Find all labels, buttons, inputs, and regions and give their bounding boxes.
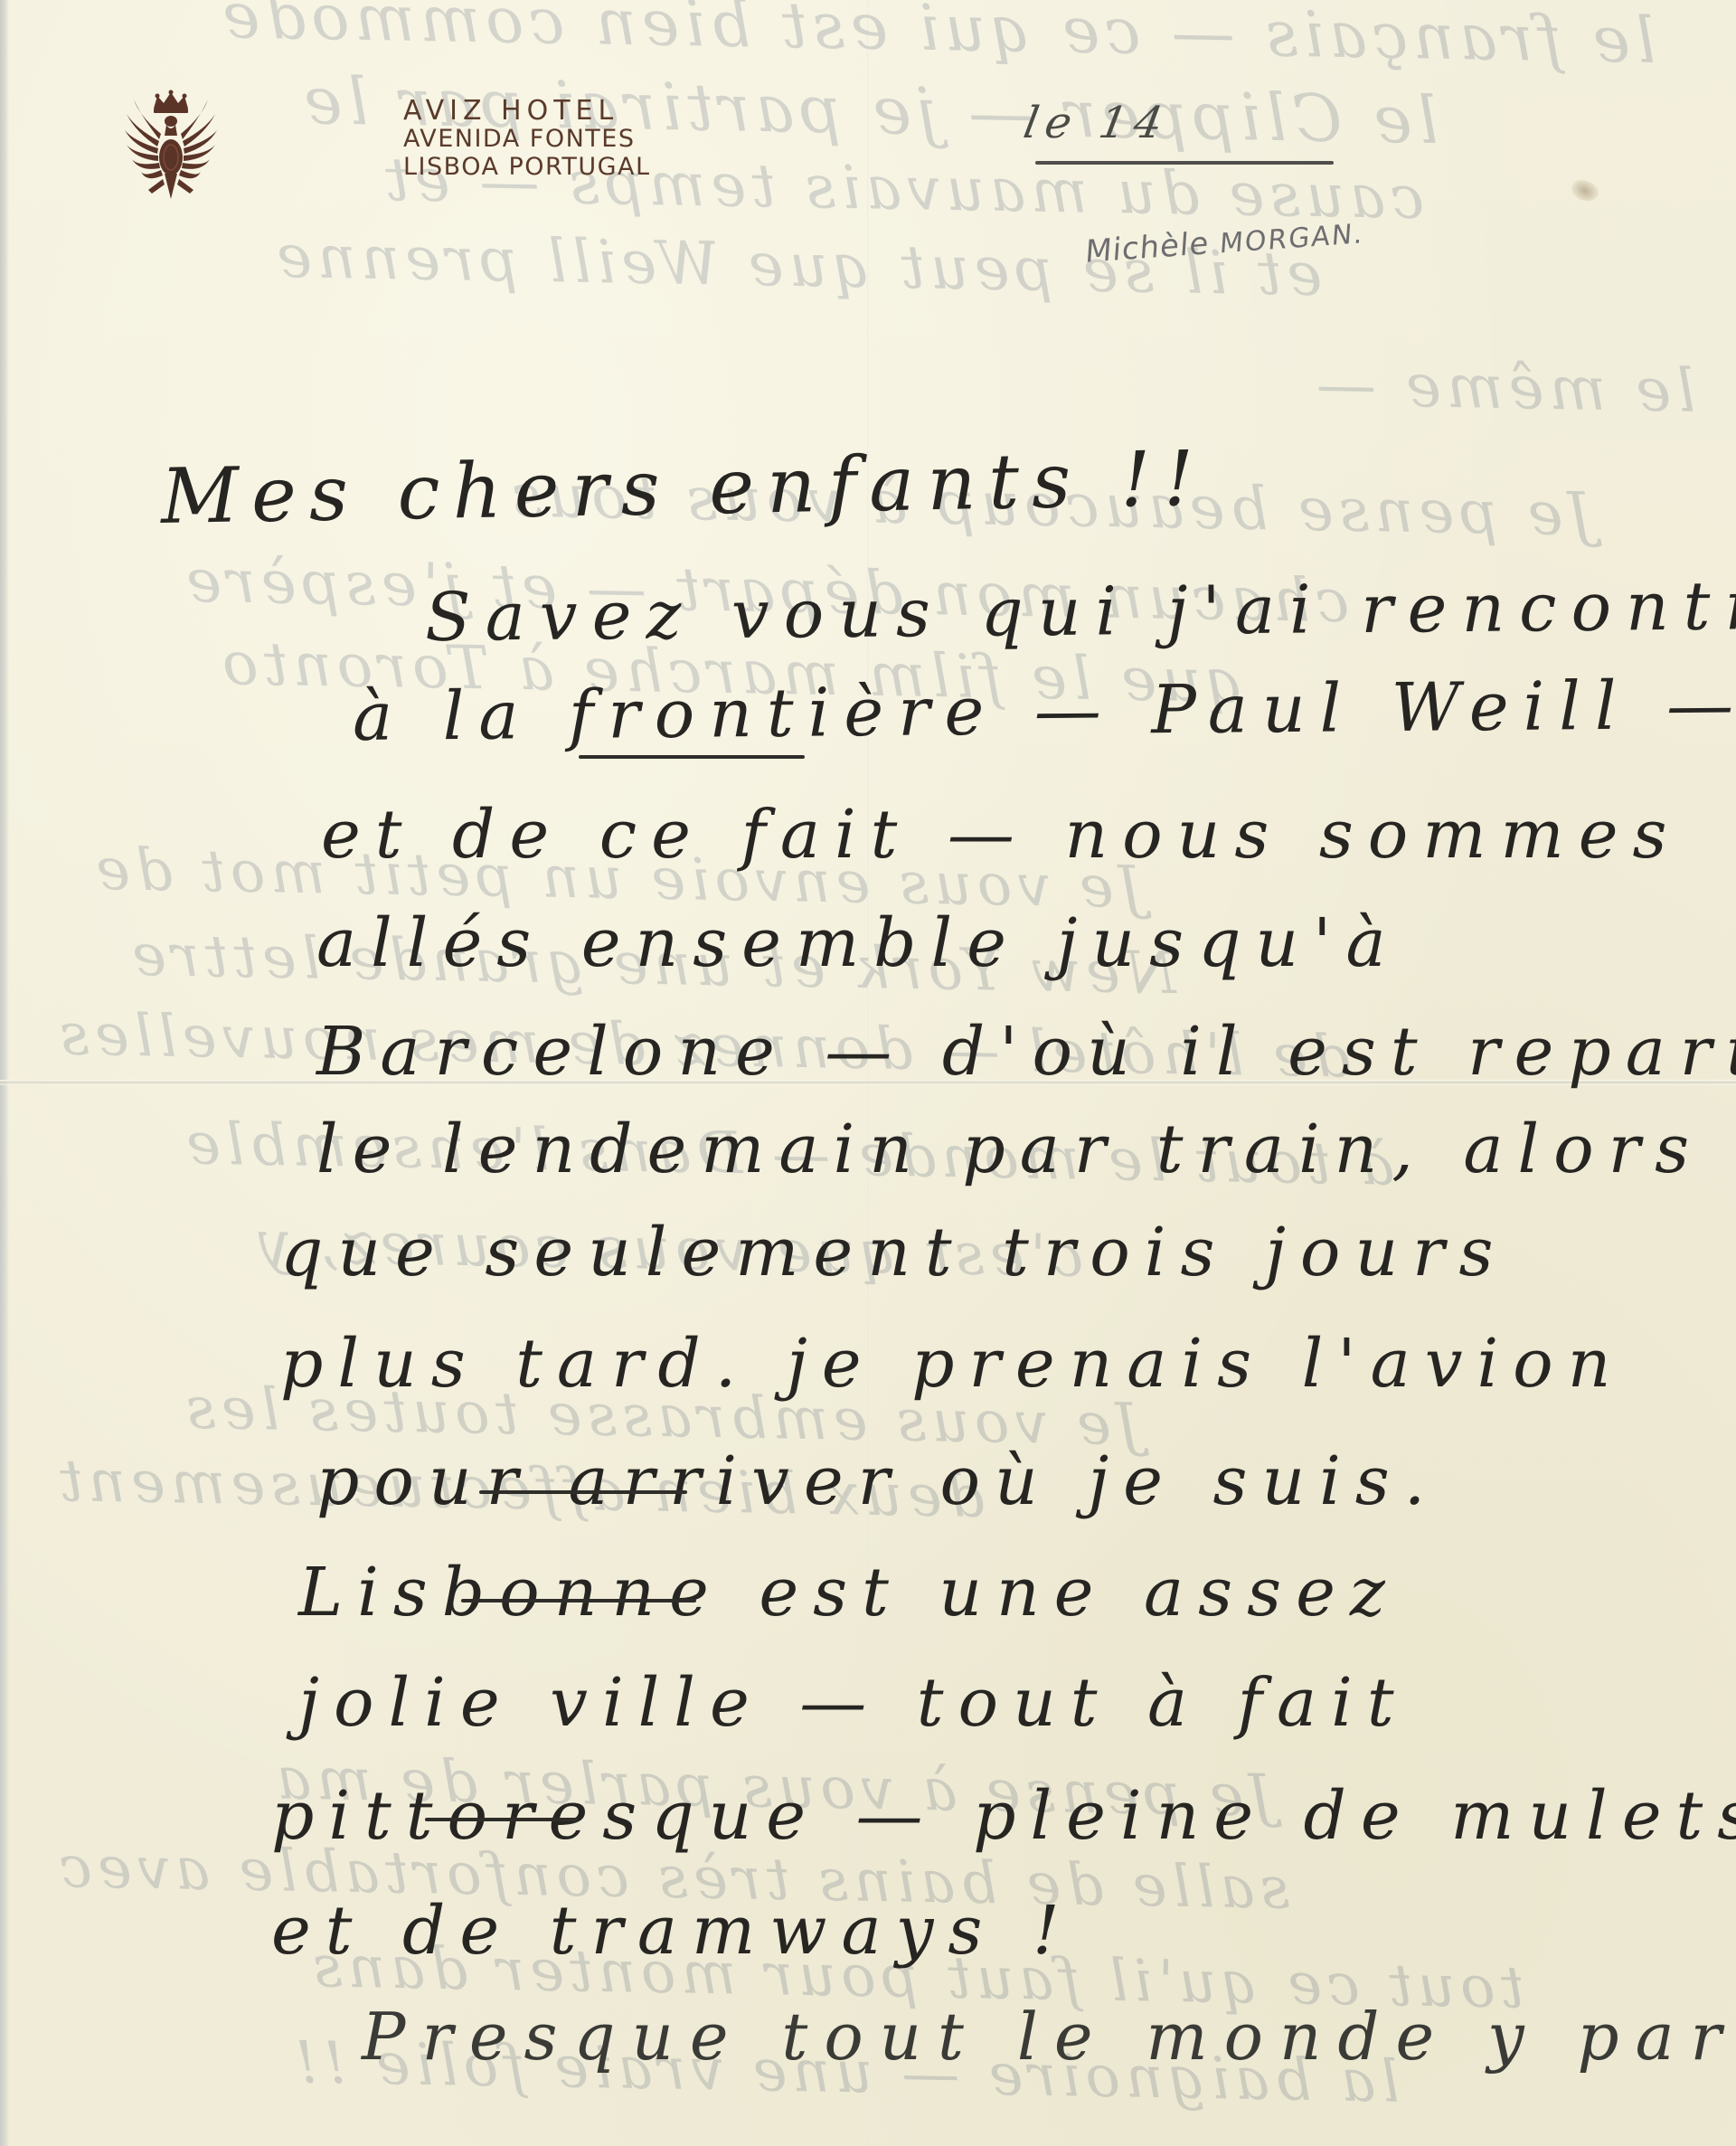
salutation: Mes chers enfants !! <box>160 434 1207 541</box>
ink-stroke <box>461 1599 696 1602</box>
letter-line: Presque tout le monde y parle <box>362 1999 1736 2075</box>
letter-line: Savez vous qui j'ai rencontré <box>425 566 1736 657</box>
ink-stroke <box>579 755 805 759</box>
letter-line: le lendemain par train, alors <box>316 1111 1703 1188</box>
letter-line: Barcelone — d'où il est reparti <box>316 1013 1736 1091</box>
letter-line: plus tard. je prenais l'avion <box>280 1325 1625 1403</box>
letter-line: pour arriver où je suis. <box>316 1442 1439 1520</box>
letter-body: Mes chers enfants !! Savez vous qui j'ai… <box>0 0 1736 2146</box>
letter-line: allés ensemble jusqu'à <box>316 904 1401 982</box>
letter-line: et de tramways ! <box>271 1892 1074 1970</box>
ink-stroke <box>425 1818 579 1821</box>
ink-stroke <box>479 1490 687 1494</box>
letter-line: pittoresque — pleine de mulets <box>271 1777 1736 1855</box>
letter-line: Lisbonne est une assez <box>298 1554 1400 1631</box>
letter-line: à la frontière — Paul Weill — <box>353 666 1736 756</box>
letter-line: jolie ville — tout à fait <box>298 1664 1409 1742</box>
letter-line: et de ce fait — nous sommes <box>321 796 1681 874</box>
letter-line: que seulement trois jours <box>280 1214 1507 1291</box>
